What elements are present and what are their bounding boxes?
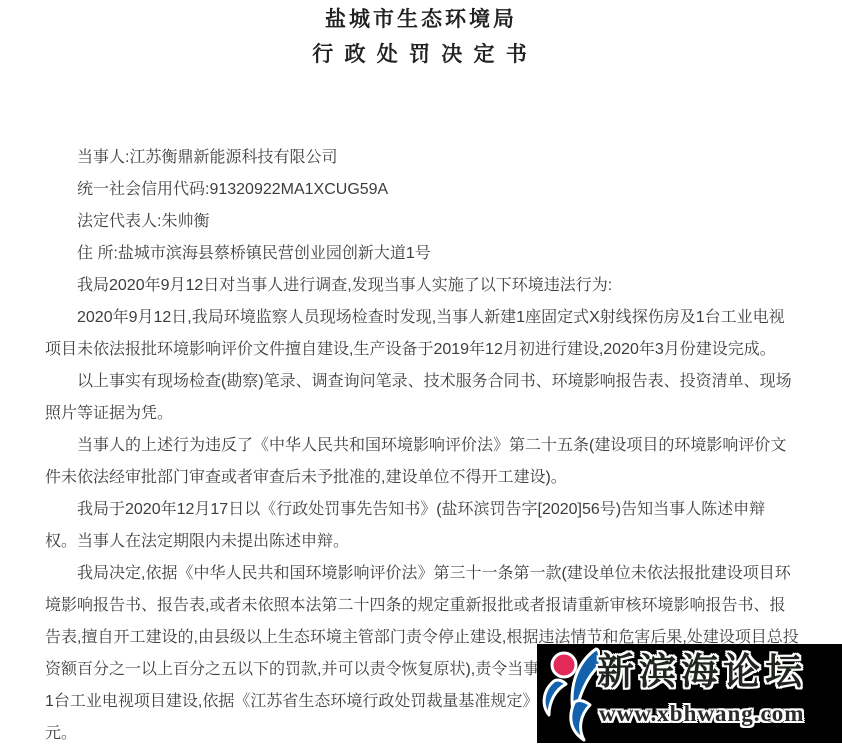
doc-line-credit-code: 统一社会信用代码:91320922MA1XCUG59A — [45, 174, 842, 206]
running-figure-logo-icon — [540, 645, 600, 742]
document-title-type: 行 政 处 罚 决 定 书 — [0, 39, 842, 69]
doc-line: 我局2020年9月12日对当事人进行调查,发现当事人实施了以下环境违法行为: — [45, 270, 842, 302]
doc-line-address: 住 所:盐城市滨海县蔡桥镇民营创业园创新大道1号 — [45, 238, 842, 270]
doc-line: 我局于2020年12月17日以《行政处罚事先告知书》(盐环滨罚告字[2020]5… — [45, 494, 842, 526]
doc-line: 2020年9月12日,我局环境监察人员现场检查时发现,当事人新建1座固定式X射线… — [45, 302, 842, 334]
doc-line: 境影响报告书、报告表,或者未依照本法第二十四条的规定重新报批或者报请重新审核环境… — [45, 590, 842, 622]
document-title-agency: 盐城市生态环境局 — [0, 6, 842, 32]
doc-line: 以上事实有现场检查(勘察)笔录、调查询问笔录、技术服务合同书、环境影响报告表、投… — [45, 366, 842, 398]
forum-url: www.xbhwang.com — [599, 698, 804, 730]
doc-line: 件未依法经审批部门审查或者审查后未予批准的,建设单位不得开工建设)。 — [45, 462, 842, 494]
forum-watermark: 新滨海论坛 www.xbhwang.com — [537, 644, 842, 743]
doc-line: 照片等证据为凭。 — [45, 398, 842, 430]
doc-line: 我局决定,依据《中华人民共和国环境影响评价法》第三十一条第一款(建设单位未依法报… — [45, 558, 842, 590]
doc-line: 当事人的上述行为违反了《中华人民共和国环境影响评价法》第二十五条(建设项目的环境… — [45, 430, 842, 462]
doc-line-party: 当事人:江苏衡鼎新能源科技有限公司 — [45, 142, 842, 174]
forum-name: 新滨海论坛 — [597, 650, 807, 694]
doc-line: 权。当事人在法定期限内未提出陈述申辩。 — [45, 526, 842, 558]
document-page: 盐城市生态环境局 行 政 处 罚 决 定 书 当事人:江苏衡鼎新能源科技有限公司… — [0, 0, 842, 749]
doc-line: 项目未依法报批环境影响评价文件擅自建设,生产设备于2019年12月初进行建设,2… — [45, 334, 842, 366]
doc-line-legal-rep: 法定代表人:朱帅衡 — [45, 206, 842, 238]
